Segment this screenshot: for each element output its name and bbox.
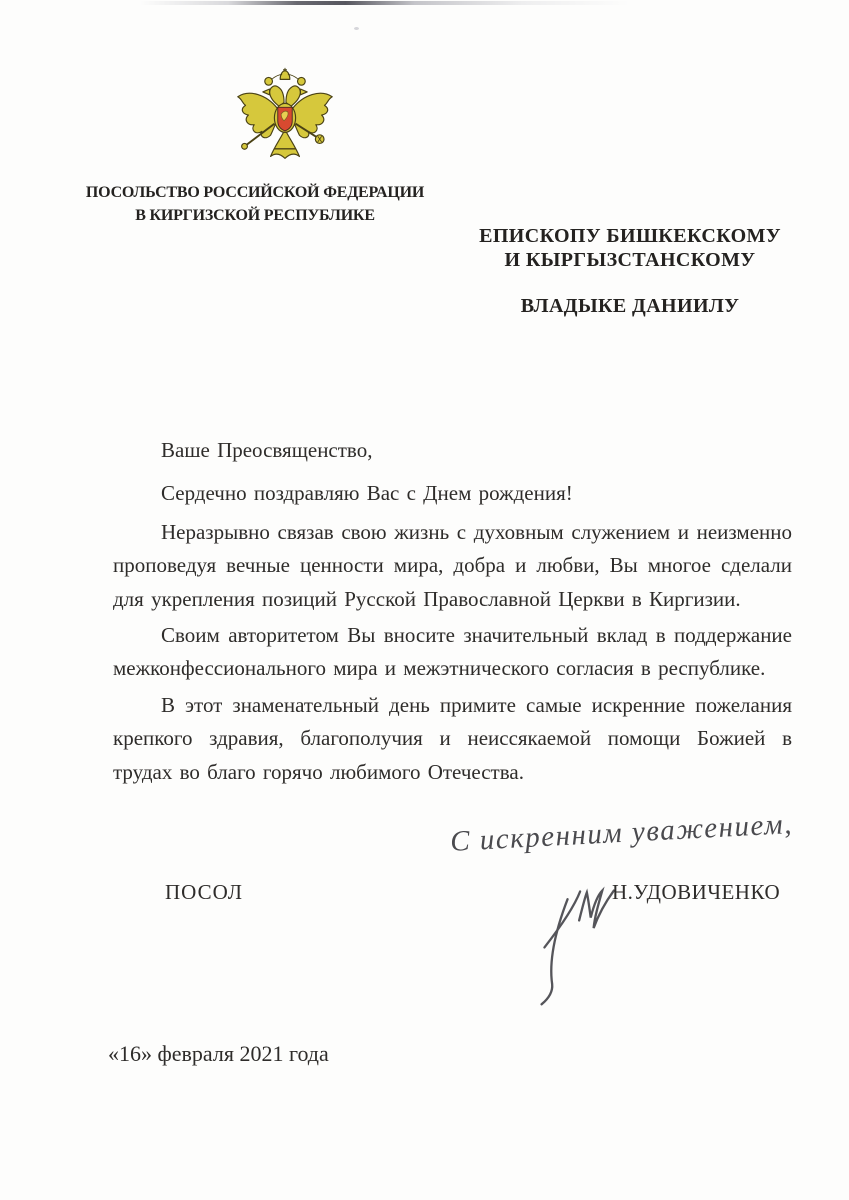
addressee-block: ЕПИСКОПУ БИШКЕКСКОМУ И КЫРГЫЗСТАНСКОМУ В… <box>460 224 800 318</box>
date-line: «16» февраля 2021 года <box>108 1041 329 1067</box>
letterhead: ПОСОЛЬСТВО РОССИЙСКОЙ ФЕДЕРАЦИИ В КИРГИЗ… <box>85 181 425 227</box>
sender-title: ПОСОЛ <box>165 880 243 905</box>
addressee-title-line1: ЕПИСКОПУ БИШКЕКСКОМУ <box>460 224 800 248</box>
addressee-name: ВЛАДЫКЕ ДАНИИЛУ <box>460 294 800 318</box>
scanner-artifact-line <box>140 1 630 5</box>
sender-name: Н.УДОВИЧЕНКО <box>612 880 780 905</box>
letterhead-org-line1: ПОСОЛЬСТВО РОССИЙСКОЙ ФЕДЕРАЦИИ <box>85 181 425 204</box>
paragraph: Неразрывно связав свою жизнь с духовным … <box>113 516 792 616</box>
paragraph: В этот знаменательный день примите самые… <box>113 689 792 789</box>
handwritten-closing: С искренним уважением, <box>449 806 830 859</box>
paragraph: Своим авторитетом Вы вносите значительны… <box>113 619 792 686</box>
letter-body: Ваше Преосвященство, Сердечно поздравляю… <box>113 434 792 792</box>
addressee-title-line2: И КЫРГЫЗСТАНСКОМУ <box>460 248 800 272</box>
scanner-speck <box>354 27 359 30</box>
paragraph: Сердечно поздравляю Вас с Днем рождения! <box>113 477 792 510</box>
russian-coat-of-arms-icon <box>232 66 338 166</box>
letterhead-org-line2: В КИРГИЗСКОЙ РЕСПУБЛИКЕ <box>85 204 425 227</box>
salutation: Ваше Преосвященство, <box>113 434 792 467</box>
letter-page: ПОСОЛЬСТВО РОССИЙСКОЙ ФЕДЕРАЦИИ В КИРГИЗ… <box>0 0 849 1200</box>
